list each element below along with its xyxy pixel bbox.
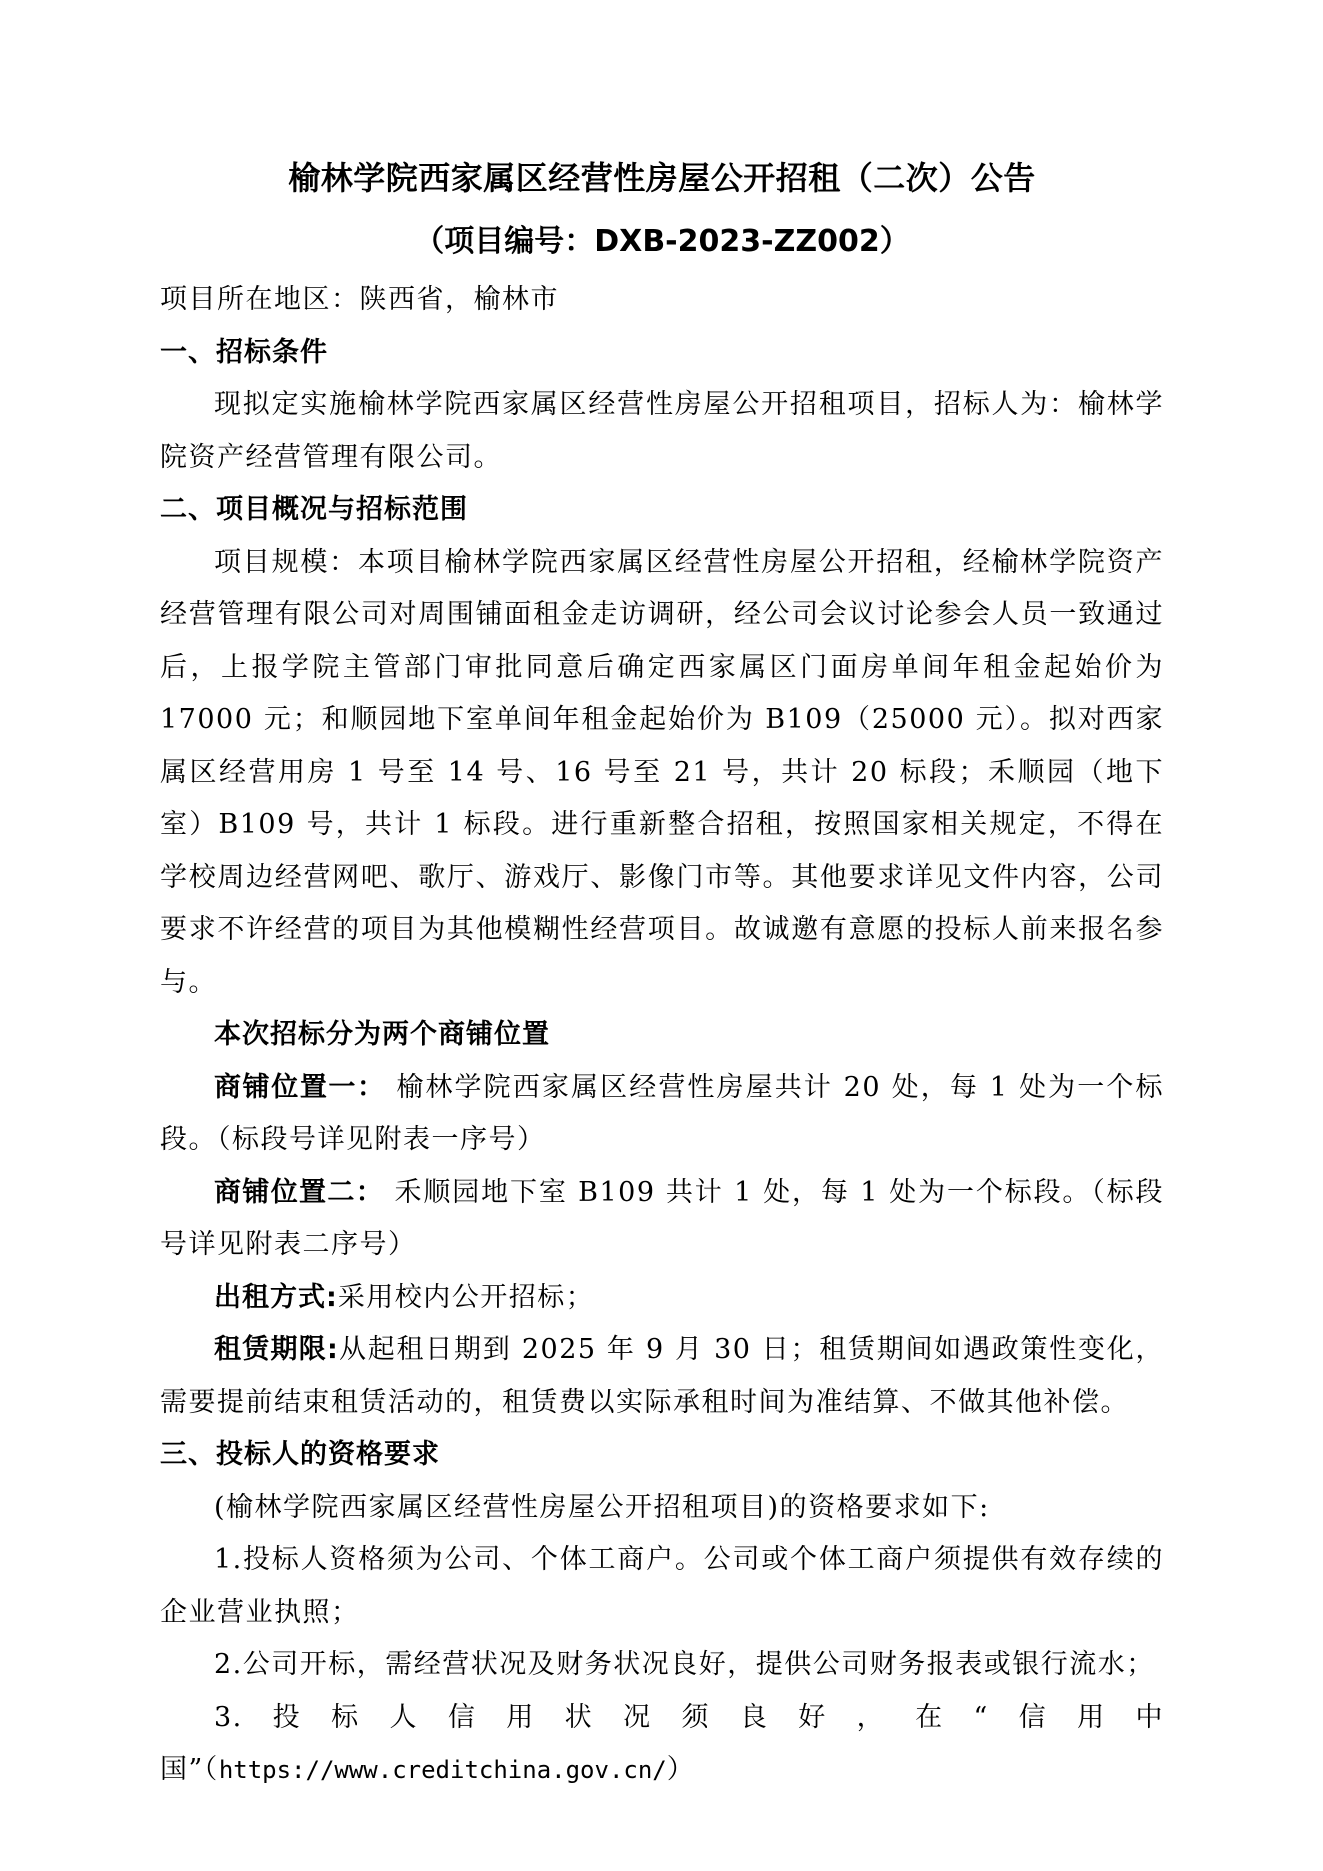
document-page: 榆林学院西家属区经营性房屋公开招租（二次）公告 （项目编号：DXB-2023-Z… — [160, 158, 1164, 1797]
project-region: 项目所在地区：陕西省，榆林市 — [160, 274, 1164, 327]
project-scale-paragraph: 项目规模：本项目榆林学院西家属区经营性房屋公开招租，经榆林学院资产经营管理有限公… — [160, 537, 1164, 1010]
project-number: （项目编号：DXB-2023-ZZ002） — [160, 222, 1164, 262]
document-title: 榆林学院西家属区经营性房屋公开招租（二次）公告 — [160, 158, 1164, 198]
qualification-item-1: 1.投标人资格须为公司、个体工商户。公司或个体工商户须提供有效存续的企业营业执照… — [160, 1534, 1164, 1639]
rental-method-text: 采用校内公开招标； — [338, 1282, 595, 1313]
section-heading-bidding-conditions: 一、招标条件 — [160, 327, 1164, 380]
shop-locations-subheading: 本次招标分为两个商铺位置 — [160, 1009, 1164, 1062]
qualification-item-2: 2.公司开标，需经营状况及财务状况良好，提供公司财务报表或银行流水； — [160, 1639, 1164, 1692]
bidding-conditions-paragraph: 现拟定实施榆林学院西家属区经营性房屋公开招租项目，招标人为：榆林学院资产经营管理… — [160, 379, 1164, 484]
shop-location-two: 商铺位置二： 禾顺园地下室 B109 共计 1 处，每 1 处为一个标段。（标段… — [160, 1167, 1164, 1272]
shop-location-two-label: 商铺位置二： — [214, 1177, 384, 1208]
qualifications-intro: (榆林学院西家属区经营性房屋公开招租项目)的资格要求如下: — [160, 1482, 1164, 1535]
rental-method-label: 出租方式: — [214, 1282, 338, 1313]
section-heading-project-overview: 二、项目概况与招标范围 — [160, 484, 1164, 537]
qualification-item-3-suffix: ） — [667, 1754, 696, 1785]
lease-term-label: 租赁期限: — [214, 1334, 339, 1365]
shop-location-one-label: 商铺位置一： — [214, 1072, 386, 1103]
qualification-item-3: 3.投标人信用状况须良好，在“信用中国”（https://www.creditc… — [160, 1692, 1164, 1797]
lease-term: 租赁期限:从起租日期到 2025 年 9 月 30 日；租赁期间如遇政策性变化，… — [160, 1324, 1164, 1429]
creditchina-link[interactable]: https://www.creditchina.gov.cn/ — [219, 1756, 667, 1784]
shop-location-one: 商铺位置一： 榆林学院西家属区经营性房屋共计 20 处，每 1 处为一个标段。（… — [160, 1062, 1164, 1167]
rental-method: 出租方式:采用校内公开招标； — [160, 1272, 1164, 1325]
section-heading-bidder-qualifications: 三、投标人的资格要求 — [160, 1429, 1164, 1482]
